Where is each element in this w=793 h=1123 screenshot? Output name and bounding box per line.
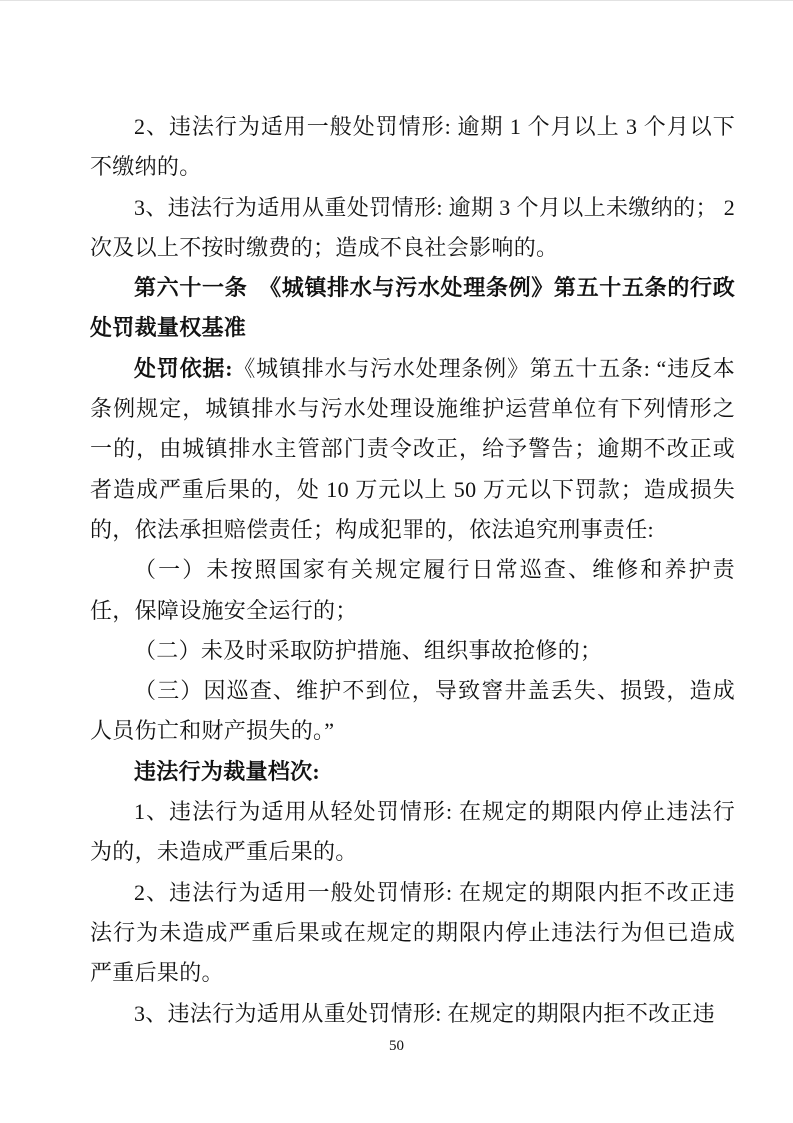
- para-prev-article-tier-2: 2、违法行为适用一般处罚情形: 逾期 1 个月以上 3 个月以下不缴纳的。: [90, 107, 735, 188]
- para-item-1: （一）未按照国家有关规定履行日常巡查、维修和养护责任，保障设施安全运行的；: [90, 550, 735, 631]
- para-tier-1-lenient: 1、违法行为适用从轻处罚情形: 在规定的期限内停止违法行为的，未造成严重后果的。: [90, 792, 735, 873]
- para-article-61-heading: 第六十一条 《城镇排水与污水处理条例》第五十五条的行政处罚裁量权基准: [90, 268, 735, 349]
- text-run: （三）因巡查、维护不到位，导致窨井盖丢失、损毁，造成人员伤亡和财产损失的。”: [90, 678, 735, 743]
- text-run: 2、违法行为适用一般处罚情形: 在规定的期限内拒不改正违法行为未造成严重后果或在…: [90, 880, 735, 986]
- para-discretion-tiers-heading: 违法行为裁量档次:: [90, 752, 735, 792]
- bold-text-run: 处罚依据:: [134, 356, 233, 381]
- para-item-3: （三）因巡查、维护不到位，导致窨井盖丢失、损毁，造成人员伤亡和财产损失的。”: [90, 671, 735, 752]
- bold-text-run: 第六十一条 《城镇排水与污水处理条例》第五十五条的行政处罚裁量权基准: [90, 275, 735, 340]
- text-run: （一）未按照国家有关规定履行日常巡查、维修和养护责任，保障设施安全运行的；: [90, 557, 735, 622]
- document-body: 2、违法行为适用一般处罚情形: 逾期 1 个月以上 3 个月以下不缴纳的。3、违…: [90, 107, 735, 1034]
- text-run: 3、违法行为适用从重处罚情形: 在规定的期限内拒不改正违: [134, 1001, 715, 1026]
- text-run: （二）未及时采取防护措施、组织事故抢修的；: [134, 638, 602, 663]
- para-tier-3-severe: 3、违法行为适用从重处罚情形: 在规定的期限内拒不改正违: [90, 994, 735, 1034]
- text-run: 1、违法行为适用从轻处罚情形: 在规定的期限内停止违法行为的，未造成严重后果的。: [90, 799, 735, 864]
- text-run: 3、违法行为适用从重处罚情形: 逾期 3 个月以上未缴纳的； 2 次及以上不按时…: [90, 195, 735, 260]
- text-run: 《城镇排水与污水处理条例》第五十五条: “违反本条例规定，城镇排水与污水处理设施…: [90, 356, 735, 542]
- para-tier-2-general: 2、违法行为适用一般处罚情形: 在规定的期限内拒不改正违法行为未造成严重后果或在…: [90, 873, 735, 994]
- document-page: 2、违法行为适用一般处罚情形: 逾期 1 个月以上 3 个月以下不缴纳的。3、违…: [0, 0, 793, 1123]
- text-run: 2、违法行为适用一般处罚情形: 逾期 1 个月以上 3 个月以下不缴纳的。: [90, 114, 735, 179]
- page-number: 50: [0, 1035, 793, 1057]
- para-prev-article-tier-3: 3、违法行为适用从重处罚情形: 逾期 3 个月以上未缴纳的； 2 次及以上不按时…: [90, 188, 735, 269]
- para-penalty-basis: 处罚依据:《城镇排水与污水处理条例》第五十五条: “违反本条例规定，城镇排水与污…: [90, 349, 735, 550]
- para-item-2: （二）未及时采取防护措施、组织事故抢修的；: [90, 631, 735, 671]
- bold-text-run: 违法行为裁量档次:: [134, 759, 320, 784]
